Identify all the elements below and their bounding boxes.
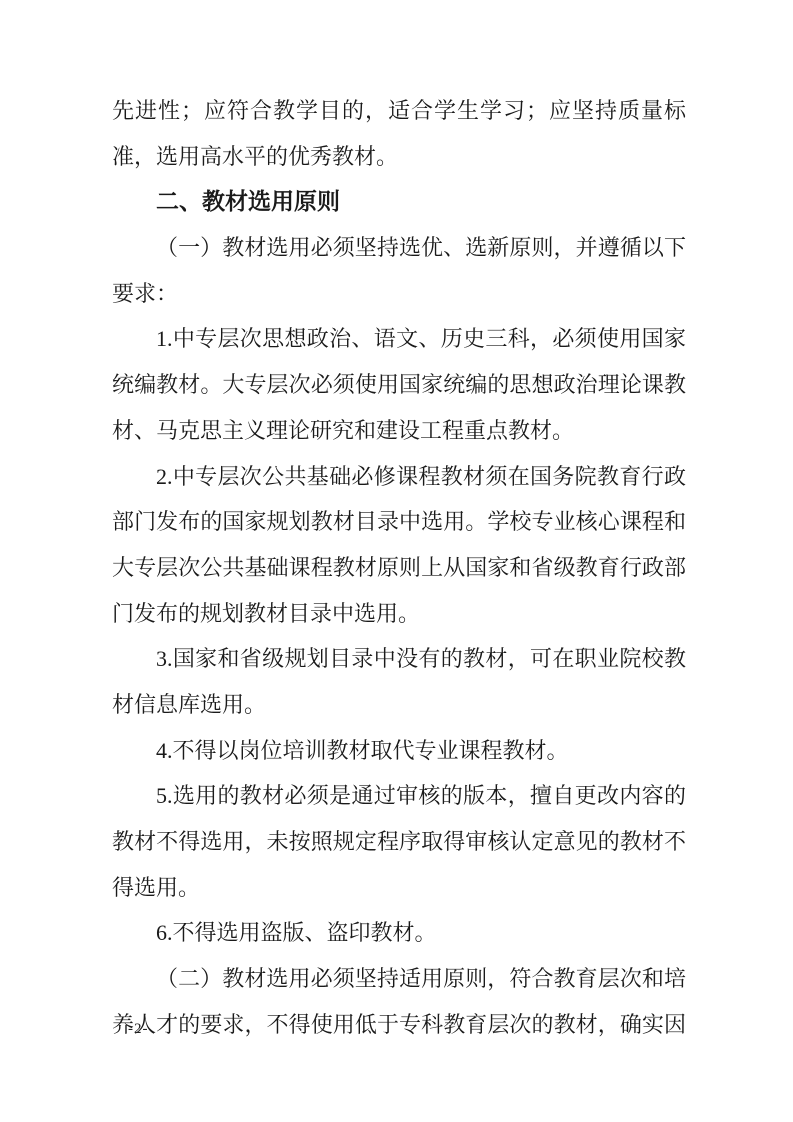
text-line: 得选用。 (112, 865, 686, 911)
document-page: 先进性；应符合教学目的，适合学生学习；应坚持质量标 准，选用高水平的优秀教材。 … (0, 0, 793, 1122)
text-line: 要求： (112, 271, 686, 317)
text-line: 大专层次公共基础课程教材原则上从国家和省级教育行政部 (112, 545, 686, 591)
text-line: 准，选用高水平的优秀教材。 (112, 134, 686, 180)
text-line: （二）教材选用必须坚持适用原则，符合教育层次和培 (112, 956, 686, 1002)
text-line: 5.选用的教材必须是通过审核的版本，擅自更改内容的 (112, 773, 686, 819)
text-line: 部门发布的国家规划教材目录中选用。学校专业核心课程和 (112, 499, 686, 545)
text-line: 2.中专层次公共基础必修课程教材须在国务院教育行政 (112, 454, 686, 500)
page-number: -2- (128, 1021, 149, 1038)
text-line: 4.不得以岗位培训教材取代专业课程教材。 (112, 728, 686, 774)
text-line: 教材不得选用，未按照规定程序取得审核认定意见的教材不 (112, 819, 686, 865)
text-line: 统编教材。大专层次必须使用国家统编的思想政治理论课教 (112, 362, 686, 408)
text-line: 门发布的规划教材目录中选用。 (112, 591, 686, 637)
text-line: 1.中专层次思想政治、语文、历史三科，必须使用国家 (112, 316, 686, 362)
text-line: 3.国家和省级规划目录中没有的教材，可在职业院校教 (112, 636, 686, 682)
text-line: 6.不得选用盗版、盗印教材。 (112, 910, 686, 956)
text-line: 材、马克思主义理论研究和建设工程重点教材。 (112, 408, 686, 454)
document-body: 先进性；应符合教学目的，适合学生学习；应坚持质量标 准，选用高水平的优秀教材。 … (112, 88, 686, 1047)
text-line: 养人才的要求，不得使用低于专科教育层次的教材，确实因 (112, 1002, 686, 1048)
text-line: 先进性；应符合教学目的，适合学生学习；应坚持质量标 (112, 88, 686, 134)
section-heading: 二、教材选用原则 (112, 179, 686, 225)
text-line: 材信息库选用。 (112, 682, 686, 728)
text-line: （一）教材选用必须坚持选优、选新原则，并遵循以下 (112, 225, 686, 271)
